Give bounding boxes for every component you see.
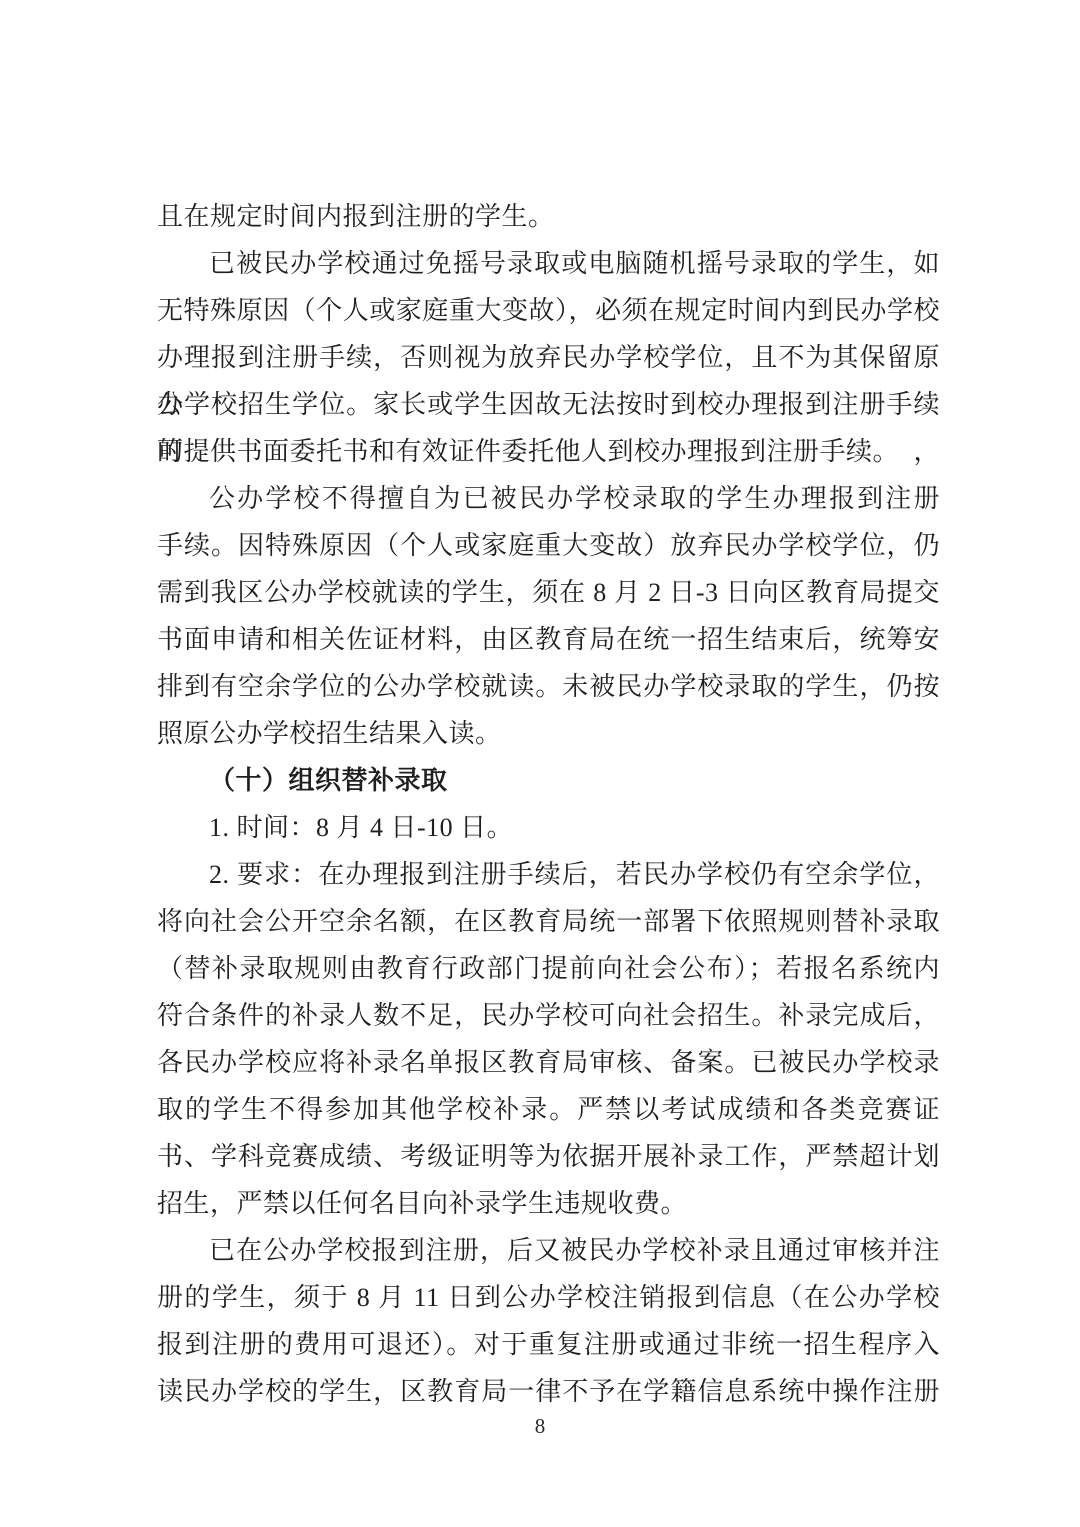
text-line: 读民办学校的学生，区教育局一律不予在学籍信息系统中操作注册 — [157, 1368, 940, 1415]
text-line: 各民办学校应将补录名单报区教育局审核、备案。已被民办学校录 — [157, 1039, 940, 1086]
text-line: 报到注册的费用可退还）。对于重复注册或通过非统一招生程序入 — [157, 1321, 940, 1368]
text-line: 办学校招生学位。家长或学生因故无法按时到校办理报到注册手续的， — [157, 381, 940, 428]
text-line: 手续。因特殊原因（个人或家庭重大变故）放弃民办学校学位，仍 — [157, 522, 940, 569]
text-line: 照原公办学校招生结果入读。 — [157, 710, 940, 757]
list-item-requirement: 2. 要求：在办理报到注册手续后，若民办学校仍有空余学位， — [157, 851, 940, 898]
text-line: （替补录取规则由教育行政部门提前向社会公布）；若报名系统内 — [157, 945, 940, 992]
text-line: 符合条件的补录人数不足，民办学校可向社会招生。补录完成后， — [157, 992, 940, 1039]
text-line: 书面申请和相关佐证材料，由区教育局在统一招生结束后，统筹安 — [157, 616, 940, 663]
page-number: 8 — [0, 1414, 1080, 1439]
text-line: 公办学校不得擅自为已被民办学校录取的学生办理报到注册 — [157, 475, 940, 522]
text-line: 册的学生，须于 8 月 11 日到公办学校注销报到信息（在公办学校 — [157, 1274, 940, 1321]
text-line: 需到我区公办学校就读的学生，须在 8 月 2 日-3 日向区教育局提交 — [157, 569, 940, 616]
section-heading: （十）组织替补录取 — [157, 757, 940, 804]
text-line: 已在公办学校报到注册，后又被民办学校补录且通过审核并注 — [157, 1227, 940, 1274]
text-line: 无特殊原因（个人或家庭重大变故），必须在规定时间内到民办学校 — [157, 287, 940, 334]
text-line: 排到有空余学位的公办学校就读。未被民办学校录取的学生，仍按 — [157, 663, 940, 710]
text-line: 取的学生不得参加其他学校补录。严禁以考试成绩和各类竞赛证 — [157, 1086, 940, 1133]
text-line: 书、学科竞赛成绩、考级证明等为依据开展补录工作，严禁超计划 — [157, 1133, 940, 1180]
text-line: 招生，严禁以任何名目向补录学生违规收费。 — [157, 1180, 940, 1227]
document-page: 且在规定时间内报到注册的学生。 已被民办学校通过免摇号录取或电脑随机摇号录取的学… — [0, 0, 1080, 1527]
text-line: 已被民办学校通过免摇号录取或电脑随机摇号录取的学生，如 — [157, 240, 940, 287]
text-line: 可提供书面委托书和有效证件委托他人到校办理报到注册手续。 — [157, 428, 940, 475]
text-line: 将向社会公开空余名额，在区教育局统一部署下依照规则替补录取 — [157, 898, 940, 945]
text-line: 且在规定时间内报到注册的学生。 — [157, 193, 940, 240]
text-line: 办理报到注册手续，否则视为放弃民办学校学位，且不为其保留原公 — [157, 334, 940, 381]
list-item-time: 1. 时间：8 月 4 日-10 日。 — [157, 804, 940, 851]
document-body: 且在规定时间内报到注册的学生。 已被民办学校通过免摇号录取或电脑随机摇号录取的学… — [157, 193, 940, 1415]
